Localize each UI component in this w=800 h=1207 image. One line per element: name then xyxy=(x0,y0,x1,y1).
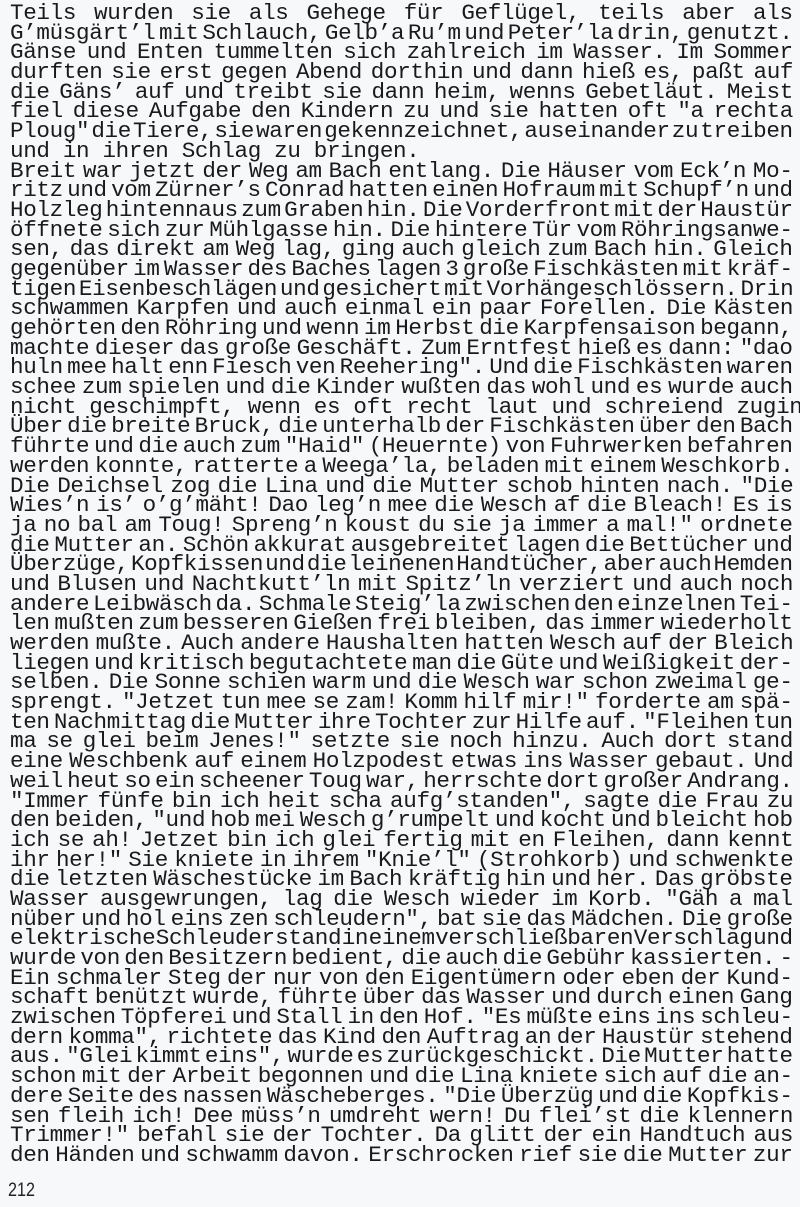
page-number: 212 xyxy=(8,1180,35,1202)
text-line: den Händen und schwamm davon. Erschrocke… xyxy=(10,1146,793,1166)
body-text: Teils wurden sie als Gehege für Geflügel… xyxy=(10,4,793,1166)
